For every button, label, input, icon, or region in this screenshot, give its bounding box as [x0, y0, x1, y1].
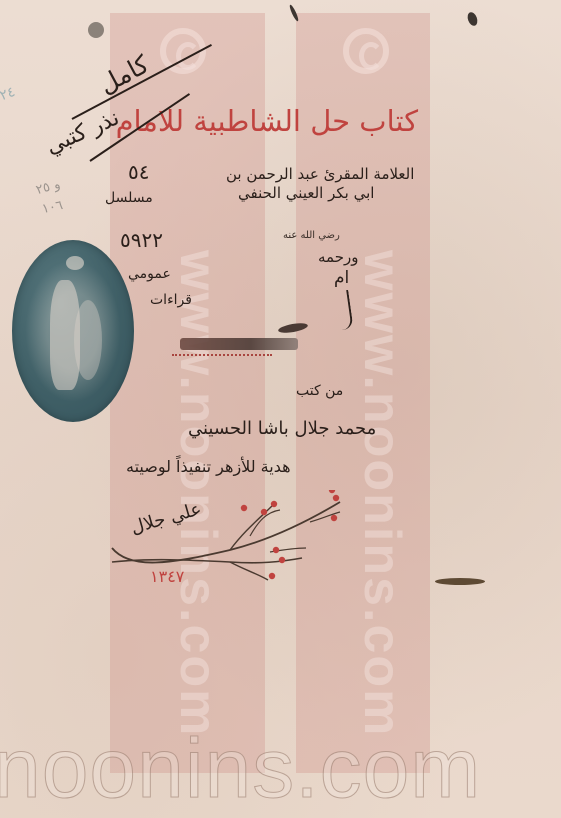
category-label: قراءات [150, 292, 192, 308]
ink-blot [435, 578, 485, 585]
hijri-year: ١٣٤٧ [150, 567, 184, 586]
owner-name: محمد جلال باشا الحسيني [188, 418, 376, 439]
gift-inscription: هدية للأزهر تنفيذاً لوصيته [126, 457, 291, 476]
from-books-text: من كتب [296, 383, 343, 399]
horizontal-watermark: noonins.com [0, 726, 561, 810]
general-label: عمومي [128, 266, 171, 282]
manuscript-page: www.noonins.com www.noonins.com كتاب حل … [0, 0, 561, 818]
mercy-text: ورحمه [318, 248, 358, 266]
seal-figure [74, 300, 102, 380]
copyright-icon [343, 28, 389, 74]
ink-spot [88, 22, 104, 38]
author-line-1: العلامة المقرئ عبد الرحمن بن [226, 165, 414, 183]
serial-label: مسلسل [105, 190, 153, 206]
vertical-watermark: www.noonins.com [352, 250, 412, 737]
blessing-text: رضي الله عنه [283, 230, 340, 241]
signature-flourish [110, 490, 350, 590]
library-seal-stamp [12, 240, 134, 422]
ink-mark [466, 11, 479, 27]
crown-icon [66, 256, 84, 270]
general-number: ٥٩٢٢ [120, 228, 163, 252]
margin-note-grey: ١٠٦ [41, 198, 65, 217]
book-title: كتاب حل الشاطبية للامام [168, 104, 418, 138]
margin-note-grey: و ٢٥ [34, 177, 62, 198]
author-line-2: ابي بكر العيني الحنفي [238, 184, 374, 202]
amen-text: ام [334, 268, 349, 288]
serial-number: ٥٤ [128, 160, 149, 184]
struck-out-text-red [172, 348, 272, 356]
margin-note-blue: ٢٤ [0, 84, 17, 104]
